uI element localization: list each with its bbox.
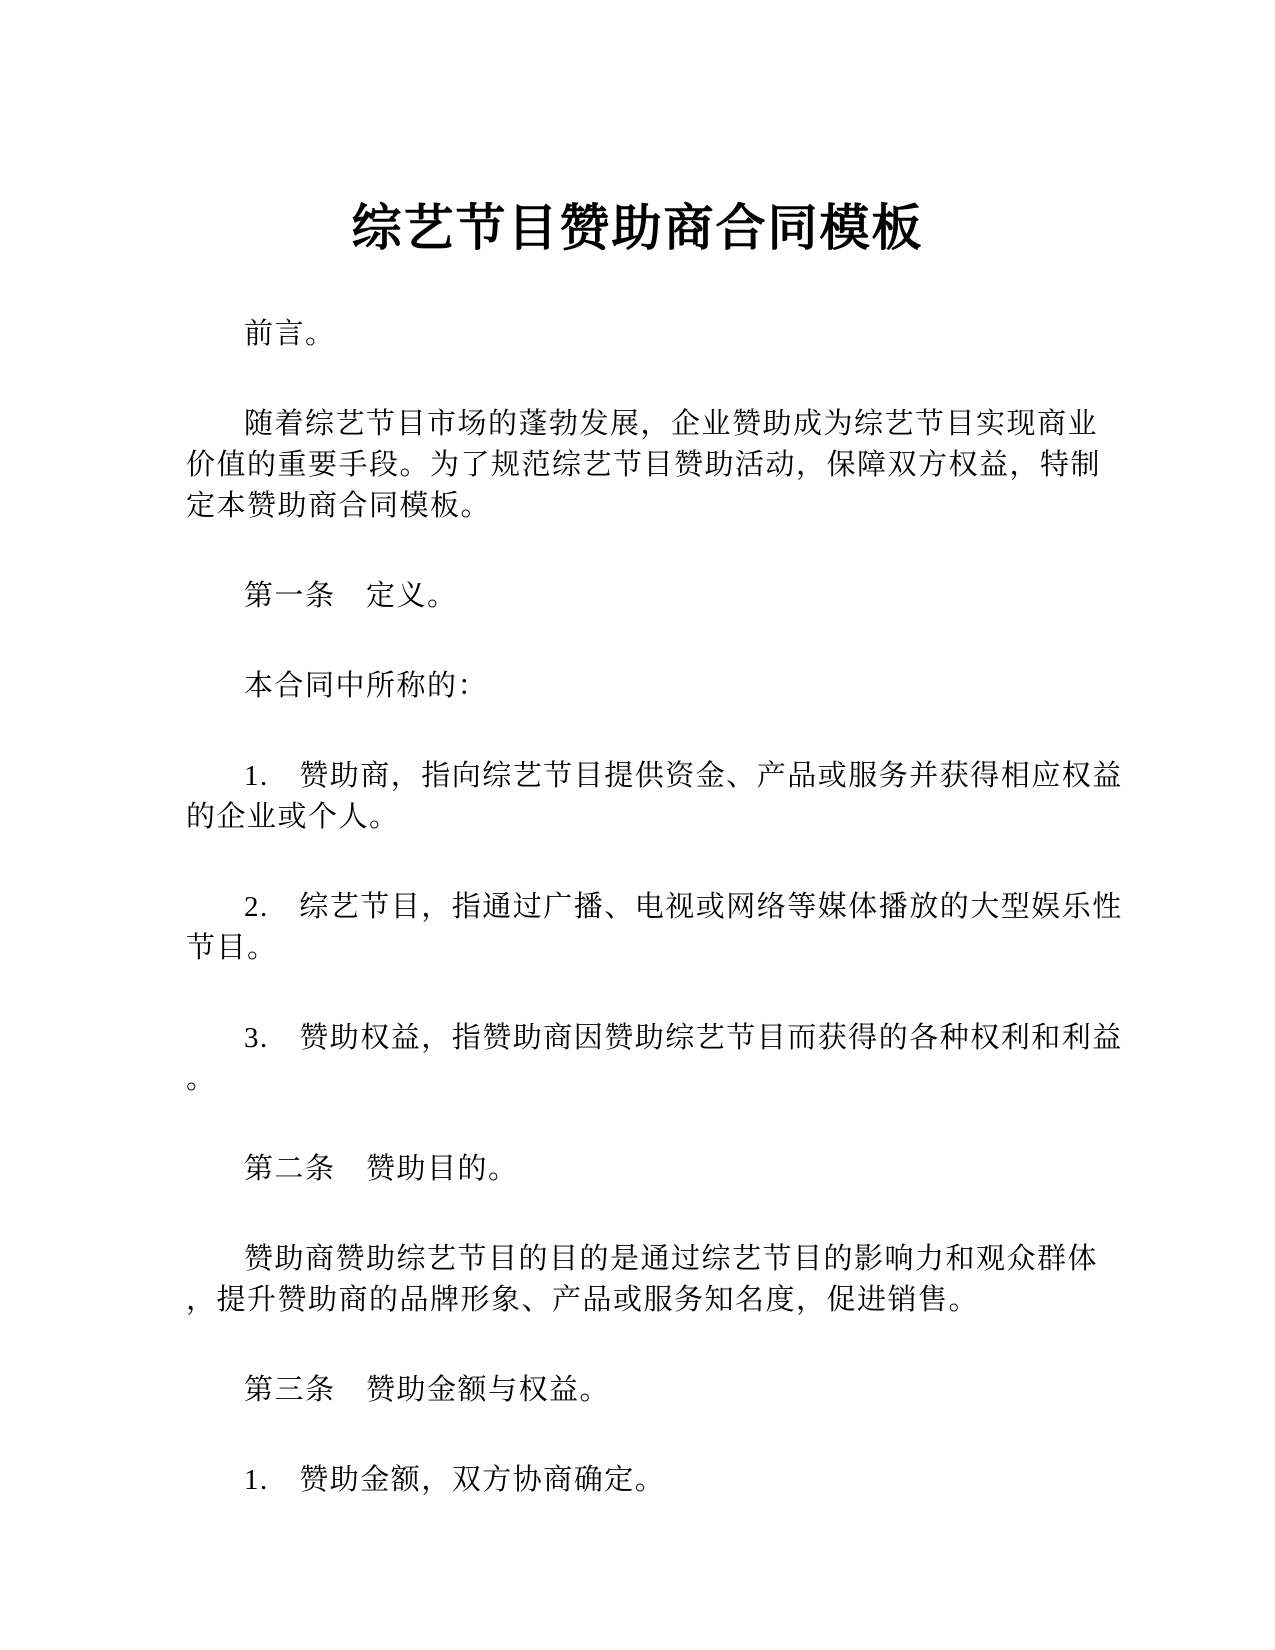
text-line: 定本赞助商合同模板。 — [186, 486, 1089, 527]
text-line: 第一条 定义。 — [186, 576, 1089, 617]
document-title: 综艺节目赞助商合同模板 — [186, 198, 1089, 258]
text-line: 本合同中所称的： — [186, 666, 1089, 707]
text-line: 随着综艺节目市场的蓬勃发展，企业赞助成为综艺节目实现商业 — [186, 404, 1089, 445]
paragraph-article2-heading: 第二条 赞助目的。 — [186, 1149, 1089, 1190]
document-page: 综艺节目赞助商合同模板 前言。 随着综艺节目市场的蓬勃发展，企业赞助成为综艺节目… — [0, 0, 1275, 1650]
paragraph-definitions-lead: 本合同中所称的： — [186, 666, 1089, 707]
text-line: ，提升赞助商的品牌形象、产品或服务知名度，促进销售。 — [186, 1280, 1089, 1321]
text-line: 第二条 赞助目的。 — [186, 1149, 1089, 1190]
text-line: 2. 综艺节目，指通过广播、电视或网络等媒体播放的大型娱乐性 — [186, 887, 1089, 928]
text-line: 3. 赞助权益，指赞助商因赞助综艺节目而获得的各种权利和利益 — [186, 1018, 1089, 1059]
text-line: 的企业或个人。 — [186, 797, 1089, 838]
paragraph-definition-3: 3. 赞助权益，指赞助商因赞助综艺节目而获得的各种权利和利益 。 — [186, 1018, 1089, 1100]
text-line: 第三条 赞助金额与权益。 — [186, 1370, 1089, 1411]
text-line: 。 — [186, 1059, 1089, 1100]
paragraph-intro: 随着综艺节目市场的蓬勃发展，企业赞助成为综艺节目实现商业 价值的重要手段。为了规… — [186, 404, 1089, 527]
text-line: 赞助商赞助综艺节目的目的是通过综艺节目的影响力和观众群体 — [186, 1239, 1089, 1280]
paragraph-sponsor-amount: 1. 赞助金额，双方协商确定。 — [186, 1460, 1089, 1501]
paragraph-definition-1: 1. 赞助商，指向综艺节目提供资金、产品或服务并获得相应权益 的企业或个人。 — [186, 756, 1089, 838]
text-line: 节目。 — [186, 928, 1089, 969]
paragraph-article3-heading: 第三条 赞助金额与权益。 — [186, 1370, 1089, 1411]
text-line: 1. 赞助商，指向综艺节目提供资金、产品或服务并获得相应权益 — [186, 756, 1089, 797]
paragraph-preface: 前言。 — [186, 314, 1089, 355]
paragraph-article1-heading: 第一条 定义。 — [186, 576, 1089, 617]
text-line: 前言。 — [186, 314, 1089, 355]
text-line: 1. 赞助金额，双方协商确定。 — [186, 1460, 1089, 1501]
text-line: 价值的重要手段。为了规范综艺节目赞助活动，保障双方权益，特制 — [186, 445, 1089, 486]
paragraph-sponsor-purpose: 赞助商赞助综艺节目的目的是通过综艺节目的影响力和观众群体 ，提升赞助商的品牌形象… — [186, 1239, 1089, 1321]
paragraph-definition-2: 2. 综艺节目，指通过广播、电视或网络等媒体播放的大型娱乐性 节目。 — [186, 887, 1089, 969]
